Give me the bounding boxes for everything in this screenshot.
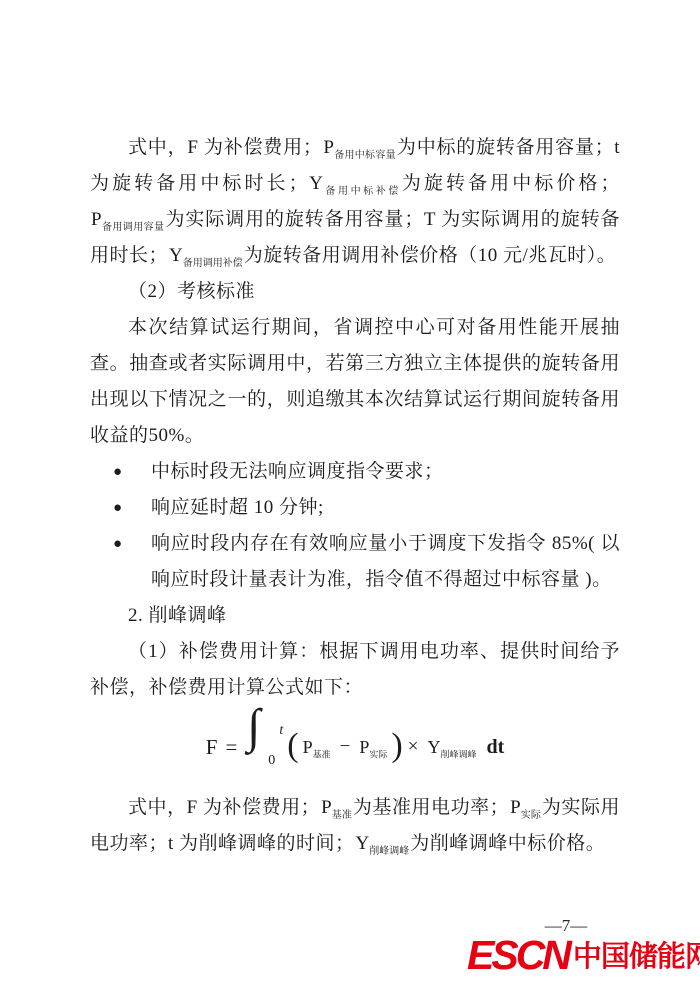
formula-equals: = bbox=[225, 729, 237, 765]
bullet-text: 响应延时超 10 分钟; bbox=[151, 497, 324, 518]
escn-logo-latin: ESCN bbox=[467, 936, 573, 974]
variable: P备用中标容量 bbox=[322, 137, 397, 158]
variable-subscript: 备用调用补偿 bbox=[183, 258, 243, 269]
escn-logo: ESCN 中国储能网 bbox=[467, 936, 700, 974]
price-term: Y削峰调峰 bbox=[427, 729, 476, 765]
variable: Y备用调用补偿 bbox=[168, 245, 244, 266]
variable: Y备用中标补偿 bbox=[308, 173, 402, 194]
peak-formula-explanation-section: 式中，F 为补偿费用；P基准为基准用电功率；P实际为实际用电功率；t 为削峰调峰… bbox=[90, 790, 620, 862]
variable: P基准 bbox=[320, 797, 353, 818]
variable-subscript: 实际 bbox=[369, 750, 387, 760]
reserve-assessment-section: 式中，F 为补偿费用；P备用中标容量为中标的旋转备用容量；t 为旋转备用中标时长… bbox=[90, 130, 620, 598]
variable-subscript: 备用调用容量 bbox=[102, 222, 165, 233]
document-page: 式中，F 为补偿费用；P备用中标容量为中标的旋转备用容量；t 为旋转备用中标时长… bbox=[0, 0, 700, 990]
bullet-item: ●响应延时超 10 分钟; bbox=[90, 490, 620, 526]
peak-shaving-intro-section: 2. 削峰调峰（1）补偿费用计算：根据下调用电功率、提供时间给予补偿，补偿费用计… bbox=[90, 598, 620, 706]
paragraph: 式中，F 为补偿费用；P基准为基准用电功率；P实际为实际用电功率；t 为削峰调峰… bbox=[90, 790, 620, 862]
variable-subscript: 削峰调峰 bbox=[440, 750, 476, 760]
bullet-text: 中标时段无法响应调度指令要求； bbox=[151, 461, 444, 482]
paragraph: 2. 削峰调峰 bbox=[90, 598, 620, 634]
variable: P实际 bbox=[509, 797, 542, 818]
integral-icon: ∫ bbox=[247, 709, 260, 745]
variable-subscript: 削峰调峰 bbox=[369, 846, 409, 857]
bullet-icon: ● bbox=[113, 526, 122, 562]
integral-lower-limit: 0 bbox=[268, 743, 275, 779]
formula-lhs: F bbox=[206, 729, 218, 765]
differential-dt: dt bbox=[486, 729, 504, 765]
actual-power-term: P实际 bbox=[359, 729, 387, 765]
bullet-icon: ● bbox=[113, 490, 122, 526]
variable-subscript: 基准 bbox=[313, 750, 331, 760]
paragraph: 式中，F 为补偿费用；P备用中标容量为中标的旋转备用容量；t 为旋转备用中标时长… bbox=[90, 130, 620, 274]
variable-subscript: 备用中标补偿 bbox=[323, 186, 401, 197]
paragraph: 本次结算试运行期间，省调控中心可对备用性能开展抽查。抽查或者实际调用中，若第三方… bbox=[90, 310, 620, 454]
variable-subscript: 实际 bbox=[521, 810, 541, 821]
variable: P备用调用容量 bbox=[90, 209, 165, 230]
bullet-item: ●响应时段内存在有效响应量小于调度下发指令 85%( 以响应时段计量表计为准，指… bbox=[90, 526, 620, 598]
integral-upper-limit: t bbox=[279, 713, 283, 749]
variable: P bbox=[359, 737, 369, 757]
times-operator: × bbox=[408, 729, 419, 765]
minus-operator: − bbox=[340, 729, 351, 765]
document-content: 式中，F 为补偿费用；P备用中标容量为中标的旋转备用容量；t 为旋转备用中标时长… bbox=[90, 130, 620, 862]
variable: P bbox=[303, 737, 313, 757]
paragraph: （1）补偿费用计算：根据下调用电功率、提供时间给予补偿，补偿费用计算公式如下： bbox=[90, 634, 620, 706]
variable-subscript: 基准 bbox=[332, 810, 352, 821]
variable-subscript: 备用中标容量 bbox=[334, 150, 396, 161]
bullet-text: 响应时段内存在有效响应量小于调度下发指令 85%( 以响应时段计量表计为准，指令… bbox=[151, 533, 620, 590]
bullet-icon: ● bbox=[113, 454, 122, 490]
bullet-item: ●中标时段无法响应调度指令要求； bbox=[90, 454, 620, 490]
integral-group: ∫ t 0 bbox=[247, 717, 283, 777]
variable: Y削峰调峰 bbox=[355, 833, 411, 854]
variable: Y bbox=[427, 737, 440, 757]
compensation-formula: F = ∫ t 0 ( P基准 − P实际 ) × Y削峰调峰 dt bbox=[90, 710, 620, 784]
baseline-power-term: P基准 bbox=[303, 729, 331, 765]
paragraph: （2）考核标准 bbox=[90, 274, 620, 310]
escn-logo-cjk: 中国储能网 bbox=[573, 941, 700, 974]
